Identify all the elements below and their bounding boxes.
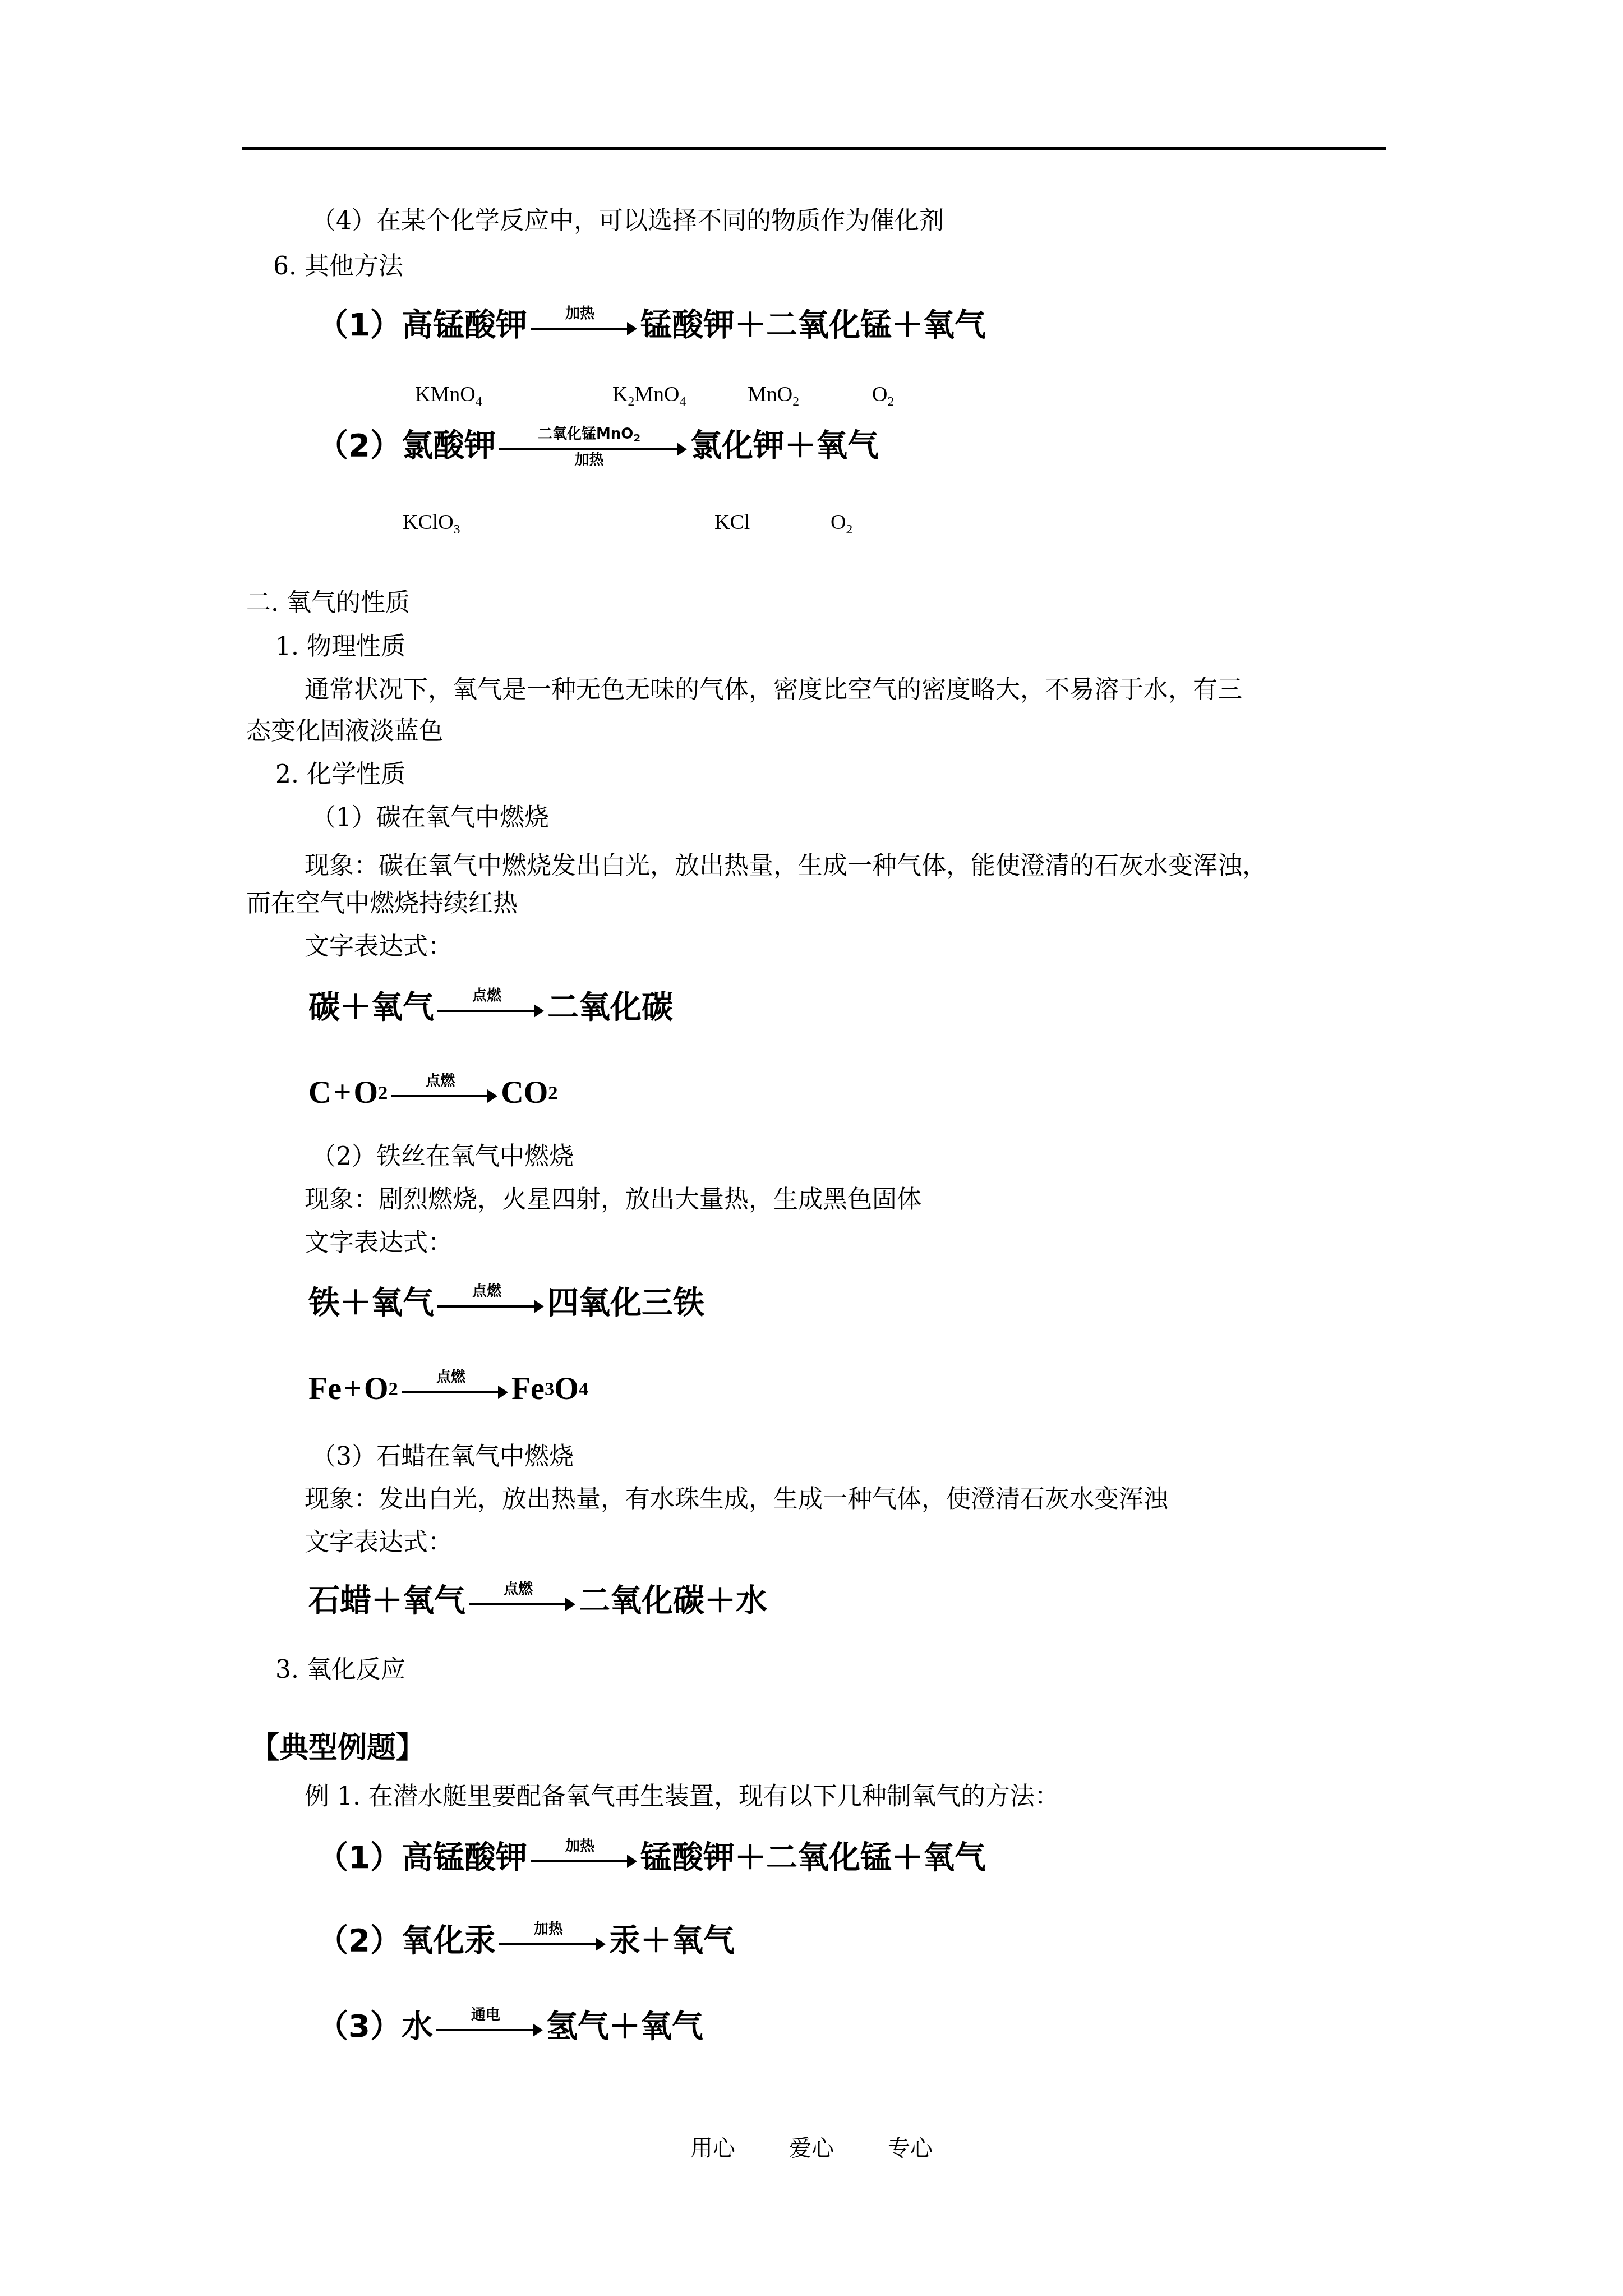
word-equation-label: 文字表达式： — [305, 935, 453, 959]
other-methods-heading: 6. 其他方法 — [273, 254, 403, 279]
equation-carbon-symbol: C + O2 点燃 CO2 — [308, 1077, 558, 1108]
footer-item: 专心 — [888, 2137, 933, 2160]
equation-carbon-word: 碳＋氧气 点燃 二氧化碳 — [308, 992, 673, 1023]
equation-products: 锰酸钾＋二氧化锰＋氧气 — [640, 310, 986, 341]
reaction-arrow-icon: 点燃 — [469, 1585, 575, 1617]
formula-kmno4: KMnO4 — [415, 384, 482, 405]
word-equation-label: 文字表达式： — [305, 1530, 453, 1555]
equation-products: 氯化钾＋氧气 — [690, 430, 879, 462]
equation-prefix: （1）高锰酸钾 — [317, 310, 527, 341]
equation-kclo3: （2）氯酸钾 二氧化锰MnO2 加热 氯化钾＋氧气 — [317, 430, 879, 462]
equation-prefix: （2）氯酸钾 — [317, 430, 496, 462]
equation-iron-symbol: Fe + O2 点燃 Fe3O4 — [308, 1373, 588, 1405]
carbon-phenomenon-cont: 而在空气中燃烧持续红热 — [246, 891, 518, 916]
example-equation-3: （3）水 通电 氢气＋氧气 — [317, 2011, 703, 2042]
physical-description-cont: 态变化固液淡蓝色 — [246, 719, 444, 744]
wax-phenomenon: 现象：发出白光，放出热量，有水珠生成，生成一种气体，使澄清石灰水变浑浊 — [305, 1487, 1168, 1512]
word-equation-label: 文字表达式： — [305, 1231, 453, 1255]
reaction-condition-catalyst: 二氧化锰MnO2 — [499, 427, 679, 441]
formula-o2: O2 — [872, 384, 894, 405]
reaction-arrow-icon: 点燃 — [437, 1287, 544, 1319]
footer-item: 用心 — [690, 2137, 735, 2160]
example-1-prompt: 例 1. 在潜水艇里要配备氧气再生装置，现有以下几种制氧气的方法： — [305, 1784, 1059, 1809]
footer-item: 爱心 — [789, 2137, 834, 2160]
formula-mno2: MnO2 — [748, 384, 799, 405]
formula-kcl: KCl — [714, 512, 750, 533]
reaction-arrow-icon: 加热 — [531, 1842, 637, 1874]
formula-o2: O2 — [831, 512, 852, 533]
reaction-condition-heat: 加热 — [499, 453, 679, 467]
header-rule — [242, 147, 1386, 150]
carbon-combustion-heading: （1）碳在氧气中燃烧 — [311, 806, 549, 830]
examples-heading: 【典型例题】 — [250, 1733, 425, 1763]
oxidation-heading: 3. 氧化反应 — [275, 1658, 405, 1682]
equation-wax-word: 石蜡＋氧气 点燃 二氧化碳＋水 — [308, 1585, 767, 1617]
equation-kmno4: （1）高锰酸钾 加热 锰酸钾＋二氧化锰＋氧气 — [317, 310, 986, 341]
carbon-phenomenon: 现象：碳在氧气中燃烧发出白光，放出热量，生成一种气体，能使澄清的石灰水变浑浊， — [305, 854, 1267, 878]
physical-description: 通常状况下，氧气是一种无色无味的气体，密度比空气的密度略大，不易溶于水，有三 — [305, 678, 1242, 702]
formula-k2mno4: K2MnO4 — [612, 384, 686, 405]
formula-kclo3: KClO3 — [403, 512, 460, 533]
wax-combustion-heading: （3）石蜡在氧气中燃烧 — [311, 1444, 574, 1469]
reaction-arrow-icon: 二氧化锰MnO2 加热 — [499, 430, 687, 462]
properties-heading: 二. 氧气的性质 — [246, 591, 410, 615]
reaction-arrow-icon: 点燃 — [391, 1077, 497, 1108]
chemical-properties-heading: 2. 化学性质 — [275, 762, 405, 787]
reaction-condition: 加热 — [531, 306, 629, 321]
reaction-arrow-icon: 通电 — [436, 2011, 543, 2042]
equation-iron-word: 铁＋氧气 点燃 四氧化三铁 — [308, 1287, 704, 1319]
iron-combustion-heading: （2）铁丝在氧气中燃烧 — [311, 1144, 574, 1169]
reaction-arrow-icon: 加热 — [531, 310, 637, 341]
example-equation-2: （2）氧化汞 加热 汞＋氧气 — [317, 1925, 735, 1957]
catalyst-note: （4）在某个化学反应中，可以选择不同的物质作为催化剂 — [311, 209, 944, 233]
reaction-arrow-icon: 点燃 — [437, 992, 544, 1023]
physical-properties-heading: 1. 物理性质 — [275, 634, 405, 659]
iron-phenomenon: 现象：剧烈燃烧，火星四射，放出大量热，生成黑色固体 — [305, 1188, 921, 1212]
reaction-arrow-icon: 加热 — [499, 1925, 606, 1957]
example-equation-1: （1）高锰酸钾 加热 锰酸钾＋二氧化锰＋氧气 — [317, 1842, 986, 1874]
reaction-arrow-icon: 点燃 — [402, 1373, 508, 1405]
